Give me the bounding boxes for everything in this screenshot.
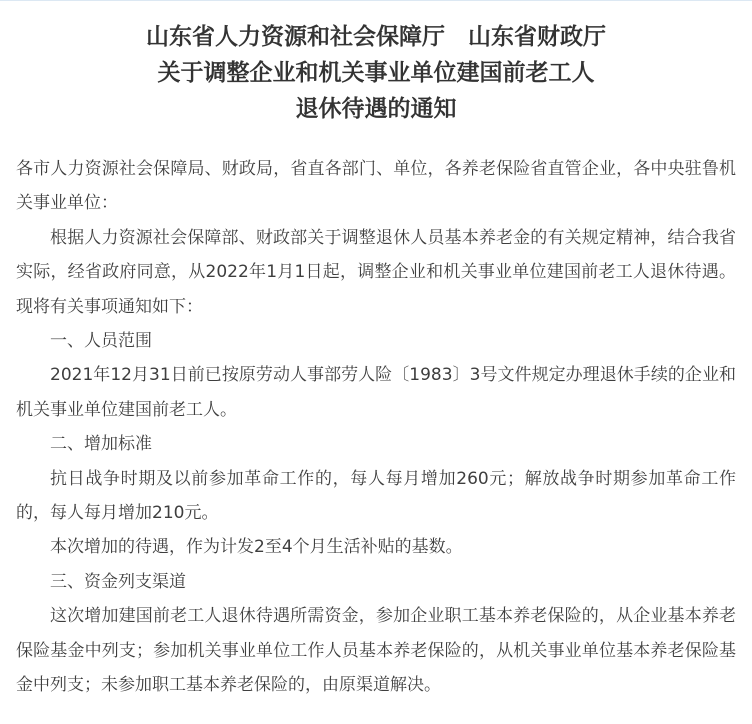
paragraph-salutation: 各市人力资源社会保障局、财政局，省直各部门、单位，各养老保险省直管企业，各中央驻… bbox=[16, 152, 736, 221]
title-line-notice: 退休待遇的通知 bbox=[0, 91, 752, 127]
paragraph-personnel-scope: 2021年12月31日前已按原劳动人事部劳人险〔1983〕3号文件规定办理退休手… bbox=[16, 358, 736, 427]
document-body: 各市人力资源社会保障局、财政局，省直各部门、单位，各养老保险省直管企业，各中央驻… bbox=[0, 152, 752, 703]
paragraph-funding-channel: 这次增加建国前老工人退休待遇所需资金，参加企业职工基本养老保险的，从企业基本养老… bbox=[16, 599, 736, 702]
paragraph-increase-standard: 抗日战争时期及以前参加革命工作的，每人每月增加260元；解放战争时期参加革命工作… bbox=[16, 462, 736, 531]
title-line-subject: 关于调整企业和机关事业单位建国前老工人 bbox=[0, 55, 752, 91]
section-heading-increase-standard: 二、增加标准 bbox=[16, 427, 736, 461]
section-heading-personnel-scope: 一、人员范围 bbox=[16, 324, 736, 358]
section-heading-funding-channel: 三、资金列支渠道 bbox=[16, 565, 736, 599]
notice-document-page: 山东省人力资源和社会保障厅 山东省财政厅 关于调整企业和机关事业单位建国前老工人… bbox=[0, 0, 752, 724]
paragraph-intro: 根据人力资源社会保障部、财政部关于调整退休人员基本养老金的有关规定精神，结合我省… bbox=[16, 221, 736, 324]
paragraph-subsidy-base: 本次增加的待遇，作为计发2至4个月生活补贴的基数。 bbox=[16, 530, 736, 564]
title-line-agencies: 山东省人力资源和社会保障厅 山东省财政厅 bbox=[0, 19, 752, 55]
document-title: 山东省人力资源和社会保障厅 山东省财政厅 关于调整企业和机关事业单位建国前老工人… bbox=[0, 1, 752, 127]
